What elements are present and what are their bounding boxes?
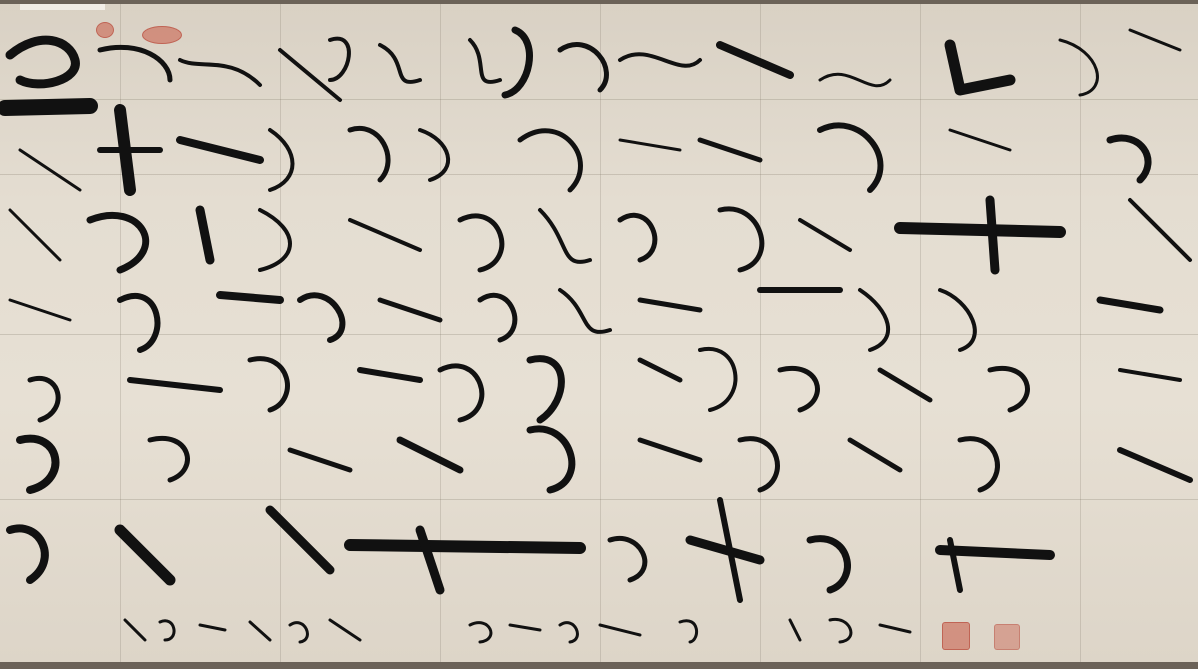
calligraphy-ink-strokes: [0, 0, 1198, 669]
image-caption: calligraphy scroll: [8, 664, 16, 665]
